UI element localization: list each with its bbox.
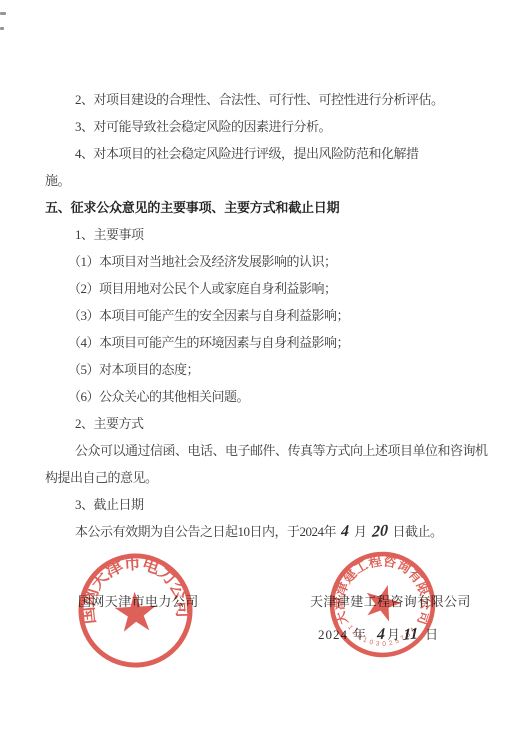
body-line: （4）本项目可能产生的环境因素与自身利益影响； bbox=[45, 329, 483, 356]
section-heading: 五、征求公众意见的主要事项、主要方式和截止日期 bbox=[45, 194, 483, 221]
company-seal-right: 天津津建工程咨询有限公司 120103025734 bbox=[325, 547, 440, 662]
deadline-suffix: 日截止。 bbox=[393, 524, 443, 539]
body-line: 公众可以通过信函、电话、电子邮件、传真等方式向上述项目单位和咨询机 bbox=[45, 437, 483, 464]
handwritten-day: 20 bbox=[371, 517, 388, 546]
deadline-line: 本公示有效期为自公告之日起10日内，于2024年4月20日截止。 bbox=[45, 518, 483, 545]
notice-page: 2、对项目建设的合理性、合法性、可行性、可控性进行分析评估。 3、对可能导致社会… bbox=[0, 0, 526, 753]
body-line: （5）对本项目的态度； bbox=[45, 356, 483, 383]
body-line: （1）本项目对当地社会及经济发展影响的认识； bbox=[45, 248, 483, 275]
notice-body: 2、对项目建设的合理性、合法性、可行性、可控性进行分析评估。 3、对可能导致社会… bbox=[45, 86, 483, 545]
body-line: （6）公众关心的其他相关问题。 bbox=[45, 383, 483, 410]
deadline-month-label: 月 bbox=[354, 524, 367, 539]
scan-artifact bbox=[0, 12, 6, 15]
body-line: 3、对可能导致社会稳定风险的因素进行分析。 bbox=[45, 113, 483, 140]
svg-text:天津津建工程咨询有限公司: 天津津建工程咨询有限公司 bbox=[330, 550, 436, 630]
seal-ring-text-right: 天津津建工程咨询有限公司 bbox=[330, 550, 436, 630]
handwritten-month: 4 bbox=[341, 517, 350, 545]
body-line: 2、对项目建设的合理性、合法性、可行性、可控性进行分析评估。 bbox=[45, 86, 483, 113]
body-line: （2）项目用地对公民个人或家庭自身利益影响； bbox=[45, 275, 483, 302]
scan-artifact bbox=[0, 27, 4, 30]
body-line: 构提出自己的意见。 bbox=[45, 464, 483, 491]
deadline-prefix: 本公示有效期为自公告之日起10日内，于2024年 bbox=[75, 524, 336, 539]
body-line: 3、截止日期 bbox=[45, 491, 483, 518]
body-line: （3）本项目可能产生的安全因素与自身利益影响； bbox=[45, 302, 483, 329]
seal-star-icon bbox=[361, 580, 406, 623]
body-line: 施。 bbox=[45, 167, 483, 194]
company-seal-left: 国网天津市电力公司 bbox=[73, 548, 198, 673]
body-line: 2、主要方式 bbox=[45, 410, 483, 437]
body-line: 4、对本项目的社会稳定风险进行评级，提出风险防范和化解措 bbox=[45, 140, 483, 167]
body-line: 1、主要事项 bbox=[45, 221, 483, 248]
seal-star-icon bbox=[114, 591, 157, 633]
